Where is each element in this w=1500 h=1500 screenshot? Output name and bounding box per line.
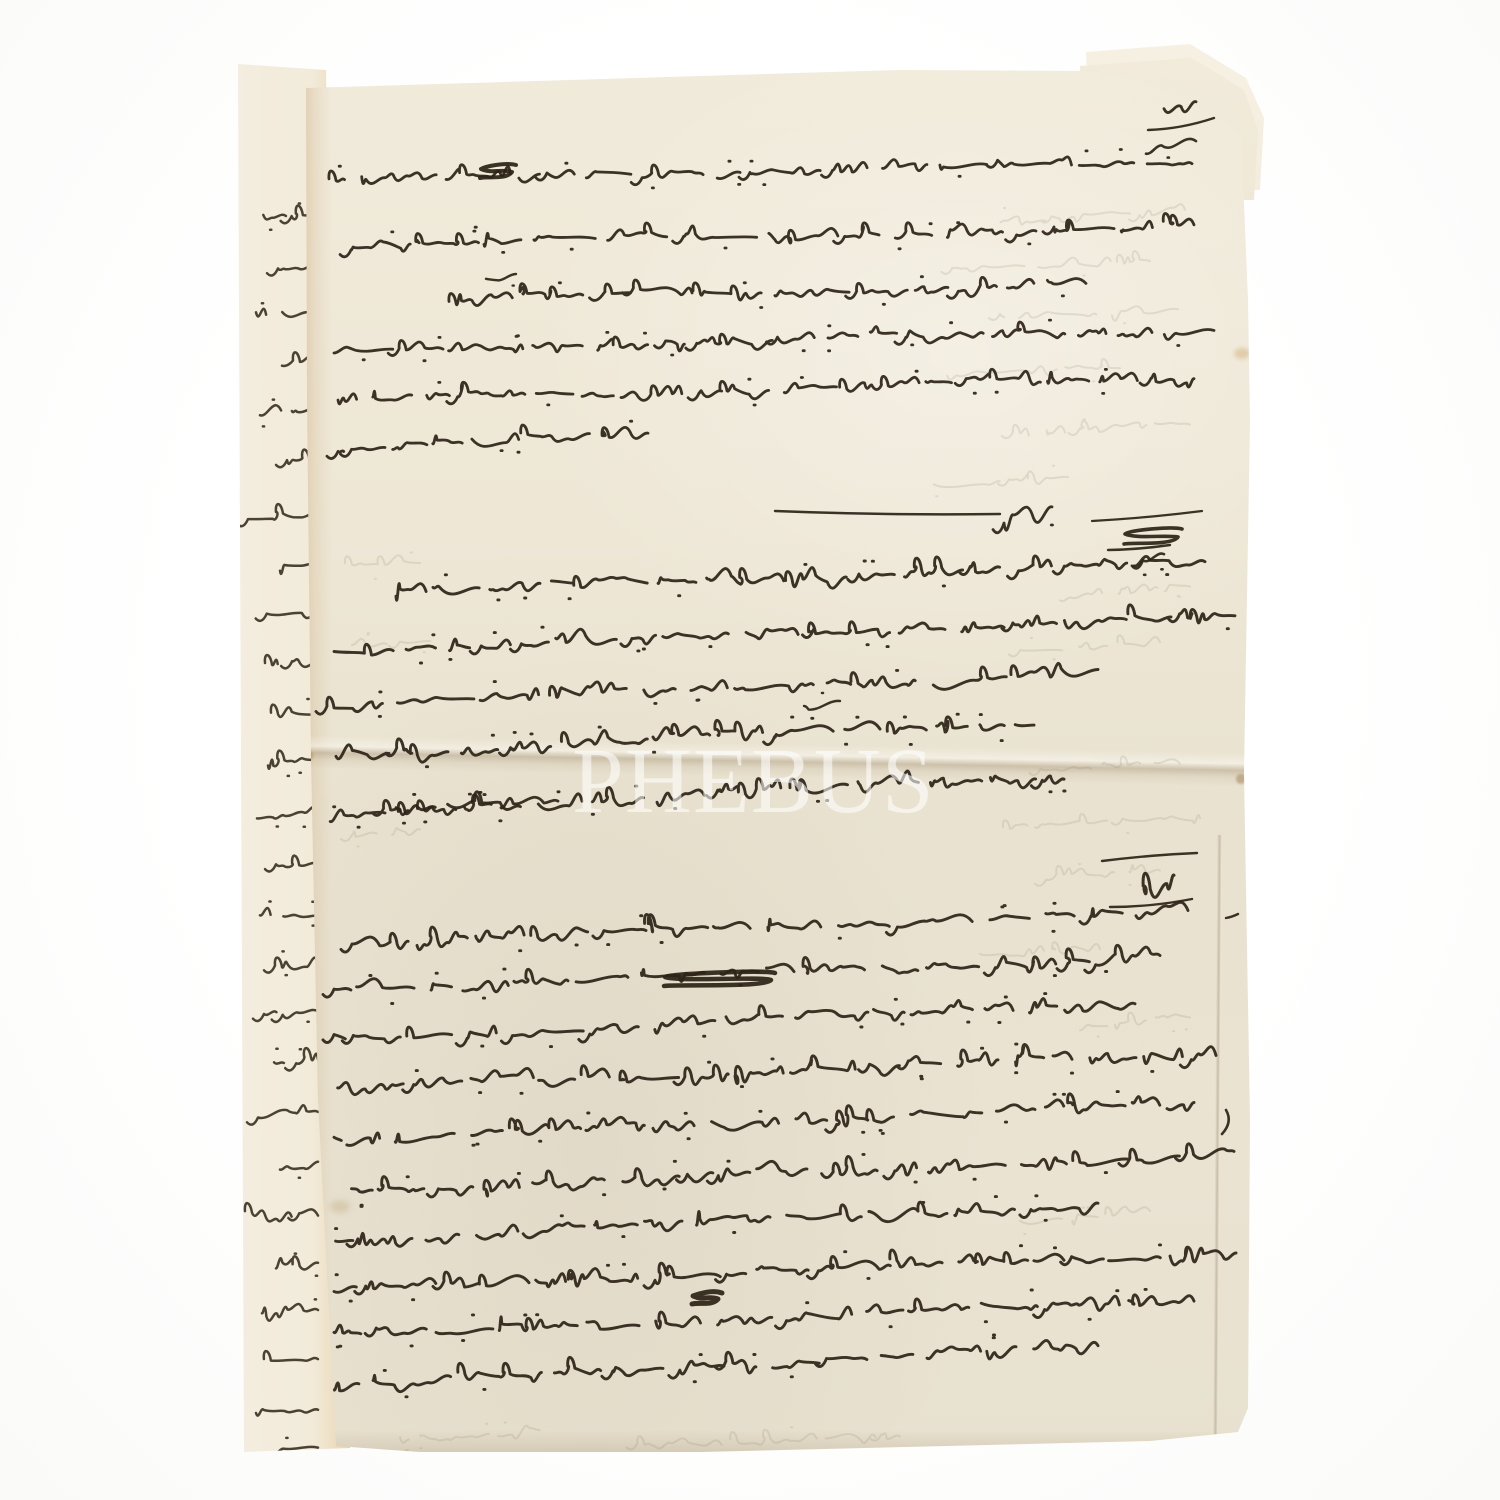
ink-para1-line6 (327, 421, 648, 458)
ink-para3-line4 (338, 1044, 1216, 1095)
ink-para1-line1-strike (480, 164, 516, 178)
ink-margin-note-scribble (1124, 528, 1182, 544)
bleedthrough-line-8 (1030, 756, 1181, 775)
underpage-fragment-6 (237, 504, 318, 526)
ink-para1-line5 (338, 369, 1194, 405)
ink-margin-note-underline (1108, 545, 1170, 550)
ink-divider2-glyph (1143, 873, 1174, 897)
bleedthrough-line-1 (941, 251, 1150, 275)
underpage-fragment-12 (257, 807, 318, 827)
ink-para1-start-word (1146, 139, 1196, 158)
ink-para3-line6 (352, 1144, 1235, 1207)
ink-page-number-underline (1148, 118, 1214, 130)
ink-margin-paren (1222, 1110, 1229, 1134)
underpage-fragment-21 (276, 1254, 318, 1276)
photo-scene: PHEBUS (0, 0, 1500, 1500)
underpage-fragment-15 (264, 951, 318, 975)
ink-para3-line9-blot (692, 1292, 722, 1304)
phebus-watermark: PHEBUS (572, 728, 935, 835)
ink-para3-strike (664, 972, 775, 986)
bleedthrough-line-18 (400, 1423, 540, 1452)
ink-para2-line3 (316, 663, 1098, 716)
underpage-fragment-24 (256, 1409, 318, 1415)
underpage-fragment-13 (265, 856, 318, 872)
ink-para2-line6 (330, 792, 559, 827)
ink-para2-line2 (334, 605, 1235, 663)
ink-para2-line4-small-word (804, 693, 840, 710)
ink-para3-line3 (323, 994, 1135, 1047)
ink-divider2-topline (1102, 853, 1197, 861)
ink-para3-line2 (323, 945, 1160, 1003)
underpage-fragment-25 (274, 1438, 318, 1463)
bleedthrough-line-16 (341, 828, 420, 846)
ink-para1-line1 (329, 150, 1192, 188)
ink-para3-line8 (334, 1245, 1236, 1301)
underpage-fragment-17 (274, 1048, 318, 1070)
manuscript-page: PHEBUS (300, 40, 1268, 1464)
ink-divider1-line (775, 511, 1000, 514)
ink-para3-line7 (336, 1196, 1099, 1247)
underpage-fragment-23 (264, 1351, 318, 1361)
bleedthrough-line-17 (626, 1427, 900, 1449)
bleedthrough-line-4 (1002, 419, 1190, 438)
ink-divider2-edge-tick (1226, 914, 1238, 918)
ink-para3-line1 (341, 902, 1188, 952)
underpage-fragment-11 (268, 751, 318, 776)
bleedthrough-line-11 (980, 942, 1100, 956)
bleedthrough-line-2 (989, 306, 1178, 323)
underpage-fragment-20 (245, 1203, 318, 1221)
ink-para1-line4 (334, 320, 1214, 361)
bleedthrough-line-7 (1009, 635, 1160, 659)
bleedthrough-line-10 (1035, 864, 1160, 886)
ink-para3-line10 (334, 1335, 1098, 1397)
ink-page-number-glyph (1164, 102, 1196, 113)
ink-margin-note-topline (1092, 511, 1202, 521)
ink-para1-line4-raised-word (486, 274, 516, 286)
ink-divider1-word (993, 507, 1053, 533)
underpage-fragment-19 (280, 1162, 318, 1178)
bleedthrough-line-9 (1003, 814, 1200, 833)
bleedthrough-line-14 (345, 553, 420, 579)
ink-para3-line5 (334, 1092, 1194, 1146)
underpage-fragment-16 (253, 1010, 318, 1022)
underpage-fragment-22 (262, 1299, 318, 1320)
underpage-fragment-14 (260, 902, 318, 926)
bleedthrough-line-0 (1000, 204, 1185, 224)
underpage-fragment-8 (256, 613, 318, 621)
ink-para1-line3 (449, 277, 1086, 308)
underpage-fragment-18 (247, 1105, 318, 1124)
bleedthrough-line-6 (1060, 585, 1190, 602)
bleedthrough-line-12 (1080, 1013, 1190, 1037)
bleedthrough-line-5 (934, 466, 1068, 497)
ink-para3-line9 (334, 1289, 1194, 1347)
bleedthrough-line-13 (1020, 1207, 1150, 1234)
